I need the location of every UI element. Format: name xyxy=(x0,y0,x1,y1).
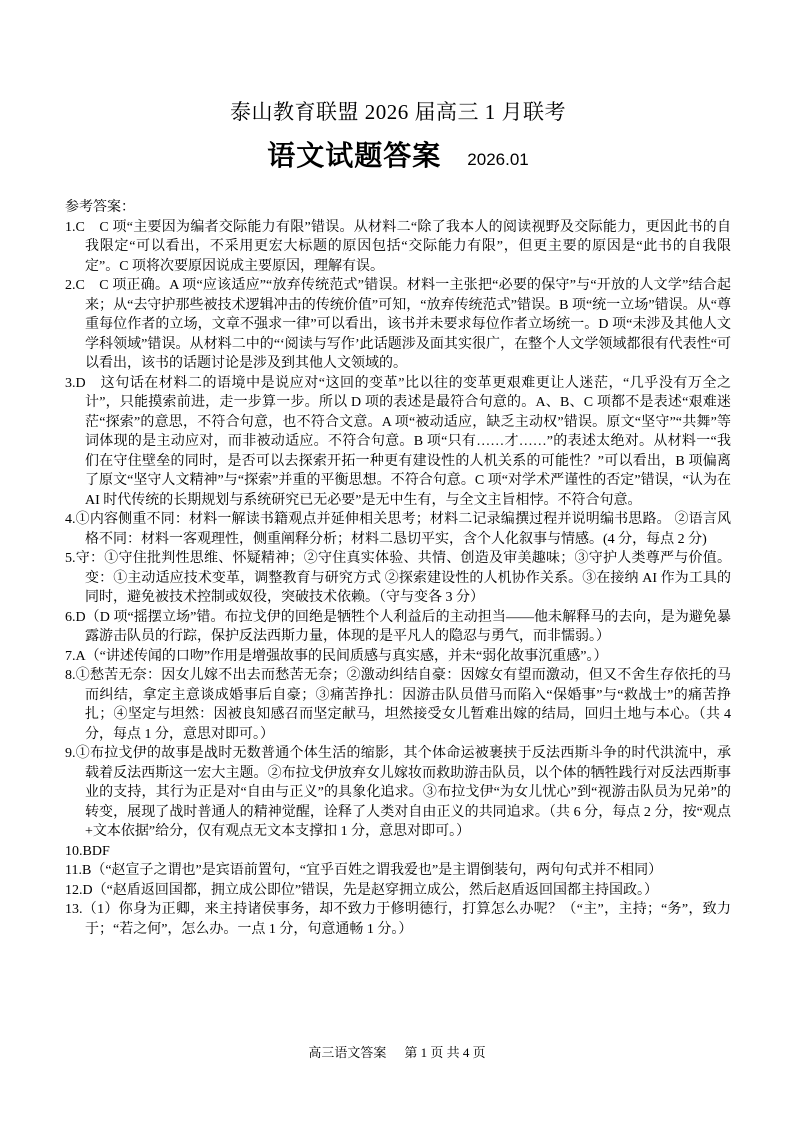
page-subtitle: 语文试题答案 xyxy=(267,134,441,174)
answer-item-6: 6.D（D 项“摇摆立场”错。布拉戈伊的回绝是牺牲个人利益后的主动担当——他未解… xyxy=(65,608,731,647)
answer-item-11: 11.B（“赵宣子之谓也”是宾语前置句，“宜乎百姓之谓我爱也”是主谓倒装句，两句… xyxy=(65,861,731,881)
answer-item-1: 1.C C 项“主要因为编者交际能力有限”错误。从材料二“除了我本人的阅读视野及… xyxy=(65,218,731,277)
answer-item-8: 8.①愁苦无奈：因女儿嫁不出去而愁苦无奈；②激动纠结自豪：因嫁女有望而激动，但又… xyxy=(65,666,731,744)
answer-item-9: 9.①布拉戈伊的故事是战时无数普通个体生活的缩影，其个体命运被裹挟于反法西斯斗争… xyxy=(65,744,731,842)
answer-item-5: 5.守：①守住批判性思维、怀疑精神；②守住真实体验、共情、创造及审美趣味；③守护… xyxy=(65,549,731,608)
page-title: 泰山教育联盟 2026 届高三 1 月联考 xyxy=(65,96,731,126)
answer-item-3: 3.D 这句话在材料二的语境中是说应对“这回的变革”比以往的变革更艰难更让人迷茫… xyxy=(65,374,731,511)
exam-date: 2026.01 xyxy=(467,150,528,170)
page-footer: 高三语文答案第 1 页 共 4 页 xyxy=(0,1042,794,1061)
answer-item-7: 7.A（“讲述传闻的口吻”作用是增强故事的民间质感与真实感，并未“弱化故事沉重感… xyxy=(65,647,731,667)
footer-page-info: 第 1 页 共 4 页 xyxy=(404,1045,485,1060)
answer-sheet-page: 泰山教育联盟 2026 届高三 1 月联考 语文试题答案 2026.01 参考答… xyxy=(0,0,794,1123)
answer-item-12: 12.D（“赵盾返回国都，拥立成公即位”错误，先是赵穿拥立成公，然后赵盾返回国都… xyxy=(65,881,731,901)
subtitle-row: 语文试题答案 2026.01 xyxy=(65,134,731,174)
answers-list: 1.C C 项“主要因为编者交际能力有限”错误。从材料二“除了我本人的阅读视野及… xyxy=(65,218,731,940)
answer-item-13: 13.（1）你身为正卿，来主持诸侯事务，却不致力于修明德行，打算怎么办呢？（“主… xyxy=(65,900,731,939)
answer-item-10: 10.BDF xyxy=(65,842,731,862)
answer-item-4: 4.①内容侧重不同：材料一解读书籍观点并延伸相关思考；材料二记录编撰过程并说明编… xyxy=(65,510,731,549)
footer-doc-label: 高三语文答案 xyxy=(308,1045,386,1060)
section-heading: 参考答案： xyxy=(65,198,731,218)
answer-item-2: 2.C C 项正确。A 项“应该适应”“放弃传统范式”错误。材料一主张把“必要的… xyxy=(65,276,731,374)
